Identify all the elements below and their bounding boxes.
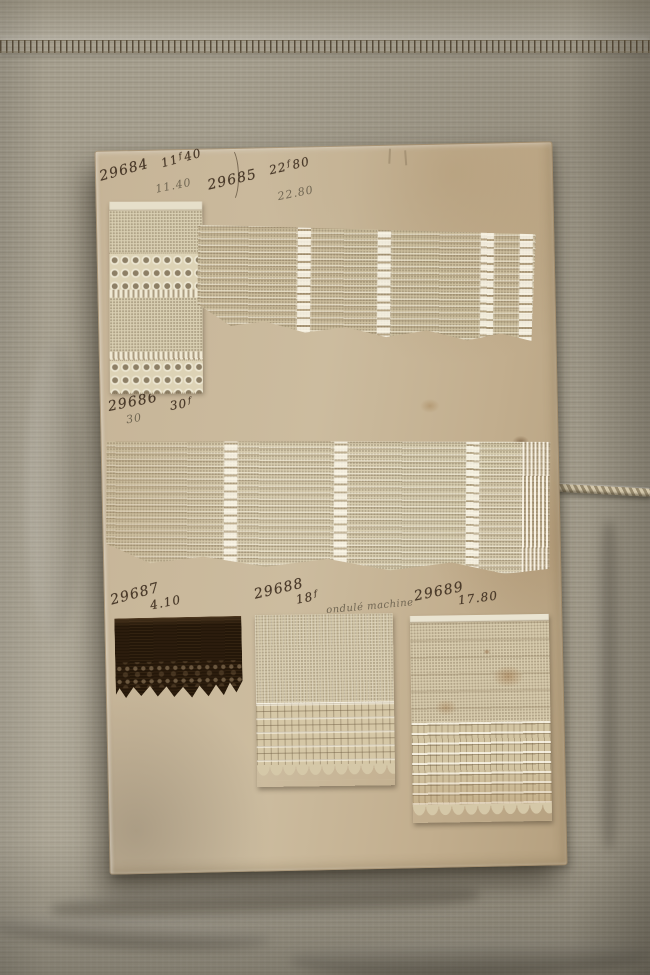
- lace-band: [114, 616, 241, 627]
- price-sup: f: [187, 395, 193, 405]
- ornament-column: [334, 440, 348, 578]
- price-pencil: 11.40: [154, 176, 192, 196]
- photo-lace-sample-card: 29684 11f40 11.40 29685 22f80 22.80 2968…: [0, 0, 650, 975]
- price-pencil: 30: [125, 411, 143, 426]
- price-sup: f: [313, 589, 319, 599]
- scalloped-fringe: [413, 803, 552, 823]
- lace-swatch-narrow-band: [109, 201, 203, 391]
- scalloped-fringe: [257, 763, 395, 781]
- ruffled-end: [522, 442, 551, 580]
- ornament-column: [466, 441, 480, 579]
- fabric-fold: [26, 340, 81, 640]
- fabric-fold: [594, 520, 624, 850]
- openwork-band: [115, 660, 243, 689]
- hem-stitch-line: [0, 40, 650, 53]
- ornament-column: [519, 228, 533, 348]
- openwork-band: [256, 701, 395, 766]
- ornament-column: [224, 440, 238, 578]
- price-pencil: 22.80: [276, 183, 314, 203]
- price-francs: 30: [169, 396, 189, 413]
- price-francs: 18: [295, 590, 315, 607]
- lace-band: [109, 210, 202, 252]
- price-cents: 80: [291, 154, 311, 172]
- lace-swatch-net-grid: [255, 613, 395, 787]
- stain-wash: [106, 439, 551, 580]
- sample-card: 29684 11f40 11.40 29685 22f80 22.80 2968…: [94, 141, 567, 874]
- price-cents: 40: [183, 146, 204, 164]
- net-band: [255, 613, 394, 703]
- lace-band: [110, 297, 203, 351]
- pen-flourish: [222, 148, 239, 202]
- ornament-column: [480, 228, 494, 348]
- price-francs: 11: [160, 152, 181, 170]
- price-ink: 18f: [295, 588, 321, 606]
- lace-band: [109, 252, 202, 291]
- ornament-column: [297, 226, 311, 346]
- pencil-mark: [388, 149, 391, 164]
- lace-swatch-stained-net: [410, 614, 552, 823]
- price-ink: 11f40: [160, 146, 204, 170]
- lace-band: [110, 359, 203, 393]
- price-ink: 22f80: [268, 154, 312, 177]
- price-francs: 22: [268, 160, 288, 178]
- lace-band: [109, 201, 202, 210]
- lace-swatch-wide-top: [197, 225, 536, 349]
- price-ink: 30f: [169, 395, 195, 413]
- lace-swatch-wide-middle: [106, 439, 551, 580]
- net-band: [410, 621, 551, 723]
- pencil-mark: [404, 150, 407, 165]
- ornament-column: [377, 227, 391, 347]
- sample-number: 29684: [98, 156, 151, 185]
- linen-fold-band: [0, 0, 650, 40]
- lace-swatch-dark: [114, 616, 243, 702]
- openwork-band: [412, 721, 552, 805]
